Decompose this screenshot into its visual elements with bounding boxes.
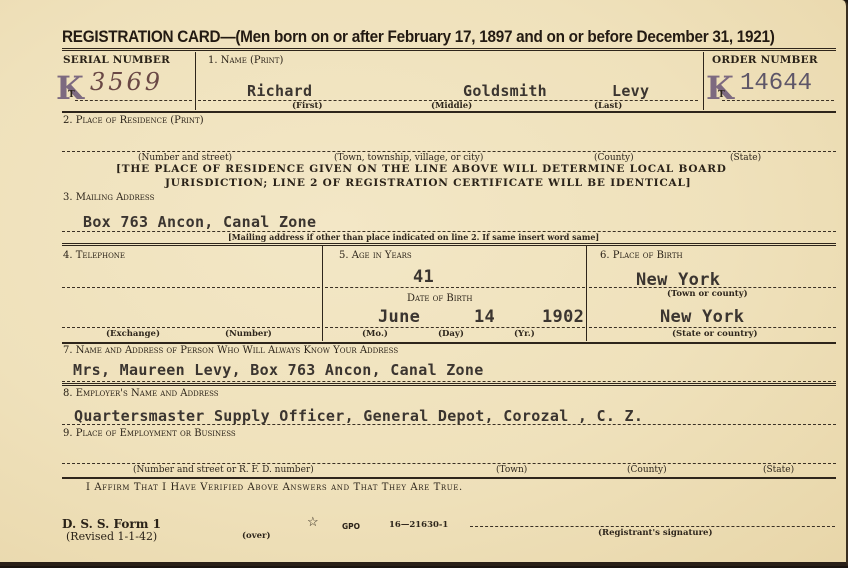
caption-street: (Number and street) [138, 153, 232, 163]
age-value: 41 [413, 267, 434, 287]
signature-line[interactable] [470, 526, 835, 527]
dob-year: 1902 [542, 307, 584, 327]
contact-line [62, 381, 836, 382]
caption-exchange: (Exchange) [106, 329, 160, 339]
name-last: Levy [612, 82, 649, 100]
star-icon: ☆ [307, 515, 319, 530]
serial-line [75, 100, 192, 101]
dob-label: Date of Birth [407, 293, 472, 304]
caption-day: (Day) [438, 329, 464, 339]
caption-month: (Mo.) [362, 329, 388, 339]
telephone-line-1 [62, 287, 320, 288]
residence-line [62, 151, 836, 152]
row-rule [62, 342, 836, 344]
card-title: REGISTRATION CARD—(Men born on or after … [62, 27, 775, 47]
print-code: 16—21630-1 [389, 520, 448, 530]
form-revised: (Revised 1-1-42) [66, 530, 157, 543]
serial-number-value: 3569 [90, 68, 163, 96]
dob-month: June [378, 307, 420, 327]
caption-year: (Yr.) [514, 329, 535, 339]
row-rule [62, 243, 836, 246]
caption-last: (Last) [594, 101, 622, 111]
birthplace-label: 6. Place of Birth [600, 250, 683, 261]
employment-place-label: 9. Place of Employment or Business [63, 428, 236, 439]
affirmation-text: I Affirm That I Have Verified Above Answ… [86, 482, 463, 493]
contact-value: Mrs, Maureen Levy, Box 763 Ancon, Canal … [73, 361, 484, 379]
divider [322, 246, 323, 341]
caption-emp-state: (State) [763, 465, 794, 475]
caption-number: (Number) [225, 329, 272, 339]
caption-state: (State) [730, 153, 761, 163]
telephone-line-2 [62, 327, 320, 328]
residence-notice-line2: JURISDICTION; LINE 2 OF REGISTRATION CER… [165, 177, 691, 189]
employment-place-line [62, 463, 836, 464]
name-label: 1. Name (Print) [208, 55, 283, 66]
birthplace-line-1 [589, 287, 836, 288]
residence-notice-line1: [THE PLACE OF RESIDENCE GIVEN ON THE LIN… [116, 163, 727, 175]
employer-line [62, 424, 836, 425]
age-label: 5. Age in Years [339, 250, 412, 261]
order-line [722, 100, 834, 101]
form-name: D. S. S. Form 1 [62, 517, 161, 531]
caption-rfd: (Number and street or R. F. D. number) [133, 465, 314, 475]
row-rule [62, 111, 836, 113]
serial-stamp-sub: T [68, 90, 75, 100]
dob-day: 14 [474, 307, 495, 327]
divider [703, 52, 704, 110]
age-line [325, 287, 585, 288]
mailing-value: Box 763 Ancon, Canal Zone [83, 213, 316, 231]
divider [586, 246, 587, 341]
signature-caption: (Registrant's signature) [598, 528, 712, 538]
caption-emp-town: (Town) [496, 465, 527, 475]
name-middle: Goldsmith [463, 82, 547, 100]
gpo-mark: GPO [342, 522, 360, 531]
over-note: (over) [242, 531, 271, 541]
caption-middle: (Middle) [431, 101, 472, 111]
title-rule [62, 48, 836, 51]
caption-emp-county: (County) [627, 465, 667, 475]
serial-number-label: SERIAL NUMBER [63, 54, 170, 66]
row-rule [62, 477, 836, 479]
caption-first: (First) [292, 101, 323, 111]
birthplace-line-2 [589, 327, 836, 328]
employer-value: Quartersmaster Supply Officer, General D… [74, 407, 643, 425]
mailing-caption: [Mailing address if other than place ind… [228, 232, 599, 242]
telephone-label: 4. Telephone [63, 250, 125, 261]
mailing-label: 3. Mailing Address [63, 192, 154, 203]
order-stamp-sub: T [718, 90, 725, 100]
registration-card: REGISTRATION CARD—(Men born on or after … [0, 0, 848, 566]
name-first: Richard [247, 82, 312, 100]
caption-town: (Town, township, village, or city) [334, 153, 483, 163]
caption-state-country: (State or country) [672, 329, 758, 339]
residence-label: 2. Place of Residence (Print) [63, 115, 204, 126]
order-number-value: 14644 [740, 70, 812, 97]
divider [195, 52, 196, 110]
row-rule [62, 383, 836, 386]
dob-line [325, 327, 585, 328]
contact-label: 7. Name and Address of Person Who Will A… [63, 345, 398, 356]
caption-county: (County) [594, 153, 634, 163]
birthplace-state: New York [660, 307, 744, 327]
employer-label: 8. Employer's Name and Address [63, 388, 219, 399]
order-number-label: ORDER NUMBER [712, 54, 818, 66]
caption-town-county: (Town or county) [667, 289, 748, 299]
